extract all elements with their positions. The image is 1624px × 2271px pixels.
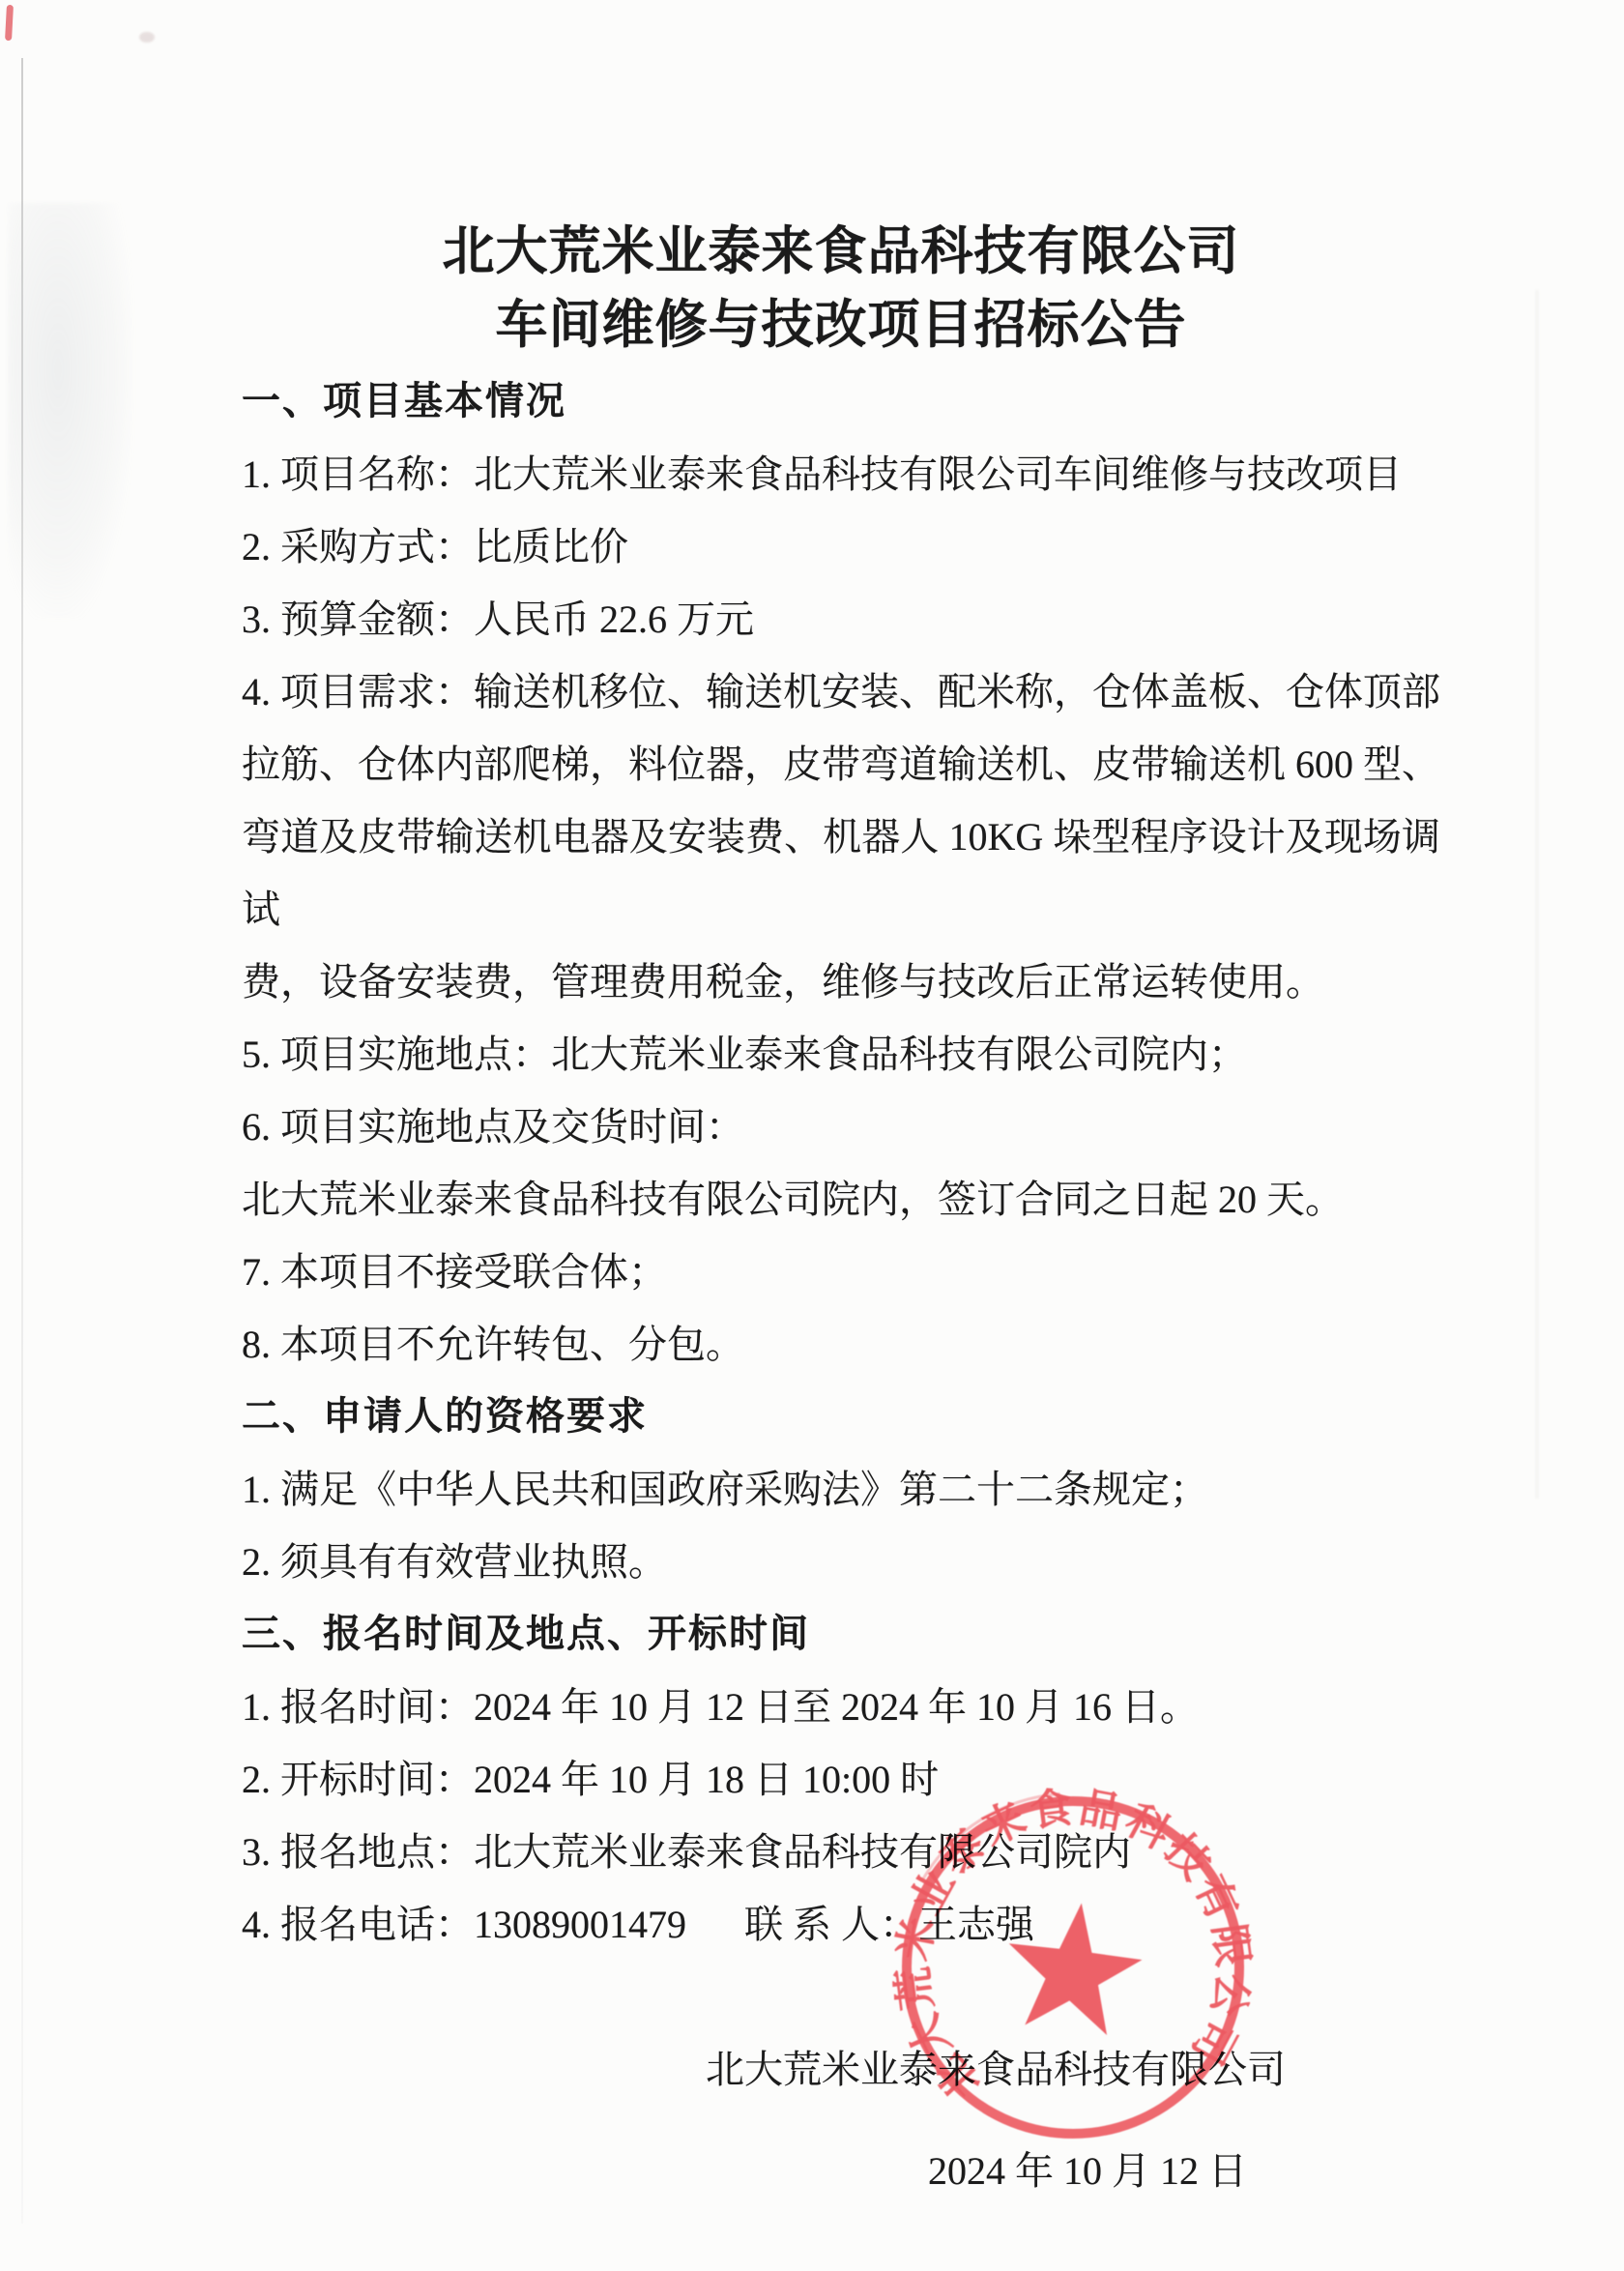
- item-qualification-law: 1. 满足《中华人民共和国政府采购法》第二十二条规定；: [242, 1453, 1440, 1526]
- signature-date: 2024 年 10 月 12 日: [242, 2135, 1440, 2207]
- item-implementation-site: 5. 项目实施地点：北大荒米业泰来食品科技有限公司院内；: [242, 1018, 1440, 1091]
- item-requirements-line1: 4. 项目需求：输送机移位、输送机安装、配米称，仓体盖板、仓体顶部: [242, 655, 1440, 728]
- document-title-line2: 车间维修与技改项目招标公告: [242, 288, 1440, 362]
- item-procurement-method: 2. 采购方式：比质比价: [242, 510, 1440, 583]
- item-bid-opening-time: 2. 开标时间：2024 年 10 月 18 日 10:00 时: [242, 1743, 1440, 1816]
- item-qualification-license: 2. 须具有有效营业执照。: [242, 1526, 1440, 1598]
- item-registration-place: 3. 报名地点：北大荒米业泰来食品科技有限公司院内: [242, 1816, 1440, 1888]
- item-no-subcontract: 8. 本项目不允许转包、分包。: [242, 1308, 1440, 1381]
- item-registration-time: 1. 报名时间：2024 年 10 月 12 日至 2024 年 10 月 16…: [242, 1671, 1440, 1743]
- item-project-name: 1. 项目名称：北大荒米业泰来食品科技有限公司车间维修与技改项目: [242, 438, 1440, 510]
- company-seal: 北大荒米业泰来食品科技有限公司: [889, 1784, 1257, 2151]
- item-delivery-time-label: 6. 项目实施地点及交货时间：: [242, 1091, 1440, 1163]
- item-requirements-line4: 费，设备安装费，管理费用税金，维修与技改后正常运转使用。: [242, 946, 1440, 1018]
- tender-announcement-document: 北大荒米业泰来食品科技有限公司 车间维修与技改项目招标公告 一、项目基本情况 1…: [0, 0, 1624, 2271]
- section2-heading: 二、申请人的资格要求: [242, 1381, 1440, 1453]
- section3-heading: 三、报名时间及地点、开标时间: [242, 1598, 1440, 1671]
- item-registration-phone: 4. 报名电话：13089001479联 系 人：王志强: [242, 1888, 1440, 1961]
- item-delivery-time-detail: 北大荒米业泰来食品科技有限公司院内，签订合同之日起 20 天。: [242, 1163, 1440, 1236]
- item-budget: 3. 预算金额：人民币 22.6 万元: [242, 583, 1440, 655]
- section1-heading: 一、项目基本情况: [242, 365, 1440, 438]
- signature-company: 北大荒米业泰来食品科技有限公司: [242, 2033, 1440, 2106]
- item-requirements-line2: 拉筋、仓体内部爬梯，料位器，皮带弯道输送机、皮带输送机 600 型、: [242, 728, 1440, 801]
- document-title-line1: 北大荒米业泰来食品科技有限公司: [242, 215, 1440, 288]
- phone-number: 4. 报名电话：13089001479: [242, 1903, 686, 1946]
- item-no-consortium: 7. 本项目不接受联合体；: [242, 1236, 1440, 1308]
- star-icon: [1000, 1895, 1148, 2038]
- item-requirements-line3: 弯道及皮带输送机电器及安装费、机器人 10KG 垛型程序设计及现场调试: [242, 801, 1440, 946]
